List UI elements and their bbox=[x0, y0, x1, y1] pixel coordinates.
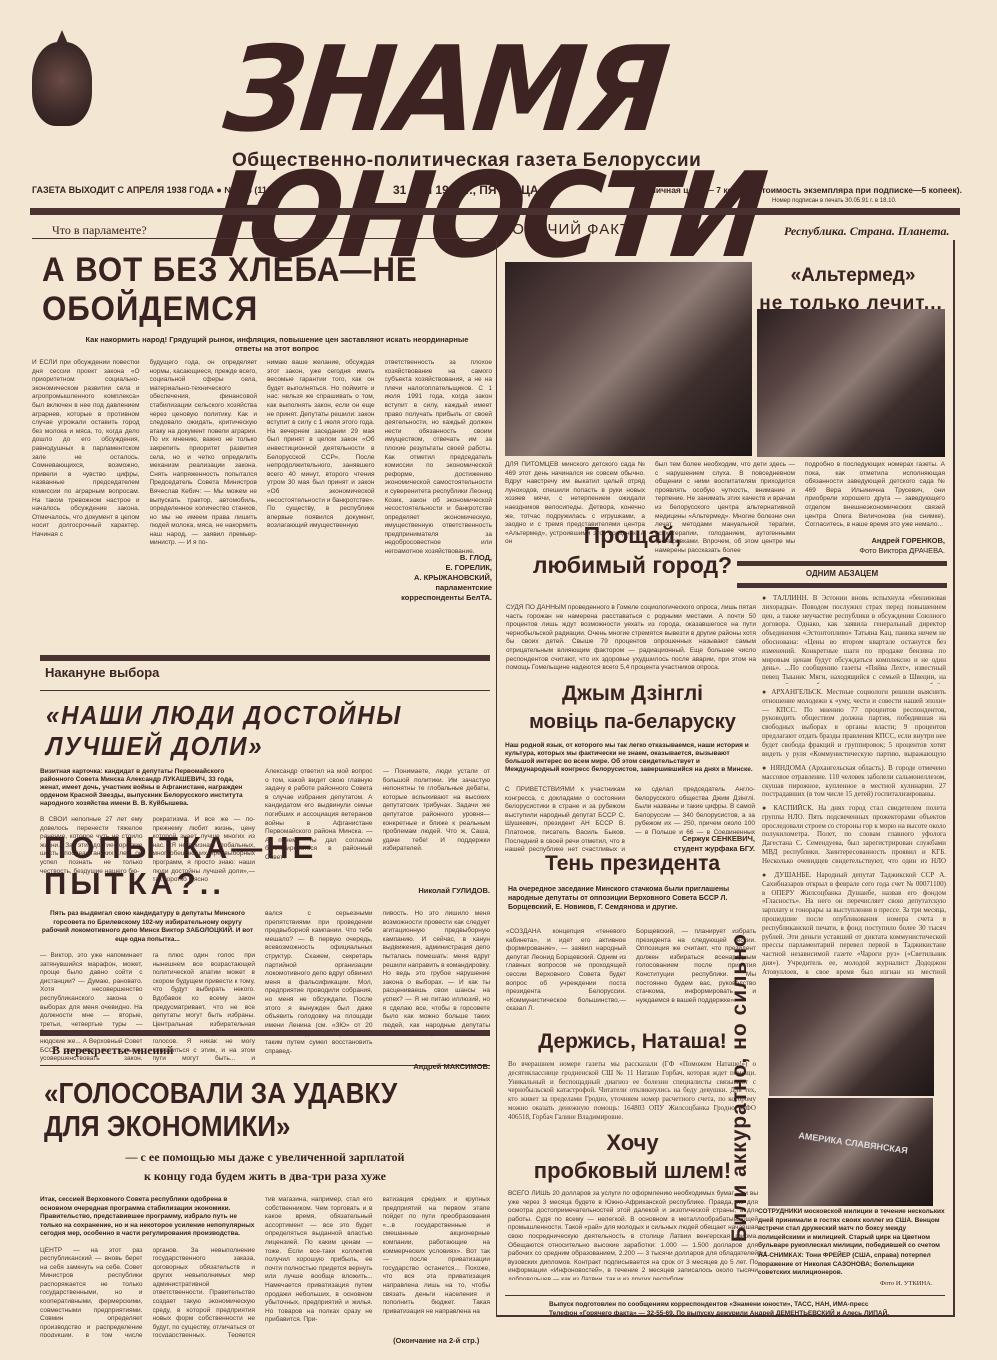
column: «СОЗДАНА концепция «теневого кабинета», … bbox=[506, 928, 626, 1020]
bullet-icon: ● bbox=[762, 804, 773, 812]
column: органов. За невыполнение государственног… bbox=[153, 1247, 256, 1337]
jim-body: С ПРИВЕТСТВИЯМИ к участникам конгресса, … bbox=[505, 786, 755, 854]
byline-line: А. КРЫЖАНОВСКИЙ, bbox=[385, 573, 493, 583]
rubric-republic: Республика. Страна. Планета. bbox=[784, 224, 950, 239]
gomel-body: СУДЯ ПО ДАННЫМ проведенного в Гомеле соц… bbox=[506, 604, 756, 679]
gomel-headline-1: Прощай, bbox=[505, 522, 760, 549]
byline-line: В. ГЛОД, bbox=[385, 553, 493, 563]
economy-body: Итак, сессией Верховного Совета республи… bbox=[40, 1196, 490, 1346]
newspaper-subtitle: Общественно-политическая газета Белорусс… bbox=[232, 150, 701, 172]
bullet-icon: ● bbox=[762, 688, 771, 696]
rubric-parliament: Что в парламенте? bbox=[52, 223, 147, 238]
attempt-body: Пять раз выдвигал свою кандидатуру в деп… bbox=[40, 910, 490, 1062]
helmet-headline-1: Хочу bbox=[505, 1130, 760, 1156]
jim-headline-1: Джым Дзінглі bbox=[505, 682, 760, 706]
section-rule bbox=[40, 655, 490, 661]
byline-line: Сержук СЕНКЕВИЧ, bbox=[635, 834, 755, 844]
rule bbox=[737, 561, 947, 566]
section-rule bbox=[40, 1030, 490, 1036]
rubric-one-paragraph: ОДНИМ АБЗАЦЕМ bbox=[737, 569, 947, 578]
news-item-nyandoma: ● НЯНДОМА (Архангельская область). В гор… bbox=[762, 764, 946, 800]
photo-children-toys bbox=[757, 309, 945, 457]
rule bbox=[737, 583, 947, 588]
news-text: КАСПИЙСК. На днях город стал свидетелем … bbox=[762, 804, 946, 867]
divider bbox=[32, 238, 492, 239]
column-text: ке сделал председатель Англо-белорусског… bbox=[635, 786, 755, 834]
article-economy: «ГОЛОСОВАЛИ ЗА УДАВКУ ДЛЯ ЭКОНОМИКИ» — с… bbox=[40, 1078, 490, 1346]
footer-line: Телефон «Горячего факта» — 32-55-69. По … bbox=[549, 1309, 949, 1318]
helmet-headline-2: пробковый шлем! bbox=[505, 1158, 760, 1184]
news-item-kaspiysk: ● КАСПИЙСК. На днях город стал свидетеле… bbox=[762, 804, 946, 867]
byline-line: парламентские bbox=[385, 583, 493, 593]
column: подробно в последующих номерах газеты. А… bbox=[805, 461, 945, 556]
rubric-elections: Накануне выбора bbox=[45, 665, 159, 680]
headline: «ГОЛОСОВАЛИ ЗА УДАВКУ ДЛЯ ЭКОНОМИКИ» bbox=[44, 1078, 445, 1144]
lead: Итак, сессией Верховного Совета республи… bbox=[40, 1196, 255, 1239]
retail-price: Розничная цена — 7 копеек (стоимость экз… bbox=[636, 185, 962, 195]
column: С ПРИВЕТСТВИЯМИ к участникам конгресса, … bbox=[505, 786, 625, 854]
attempt-left: Пять раз выдвигал свою кандидатуру в деп… bbox=[40, 910, 255, 1062]
divider bbox=[505, 1295, 945, 1296]
column-text: ответственность за плохое хозяйствование… bbox=[385, 359, 493, 553]
shadow-body: «СОЗДАНА концепция «теневого кабинета», … bbox=[506, 928, 756, 1020]
altermed-headline-1: «Альтермед» bbox=[758, 265, 948, 287]
economy-left: Итак, сессией Верховного Совета республи… bbox=[40, 1196, 255, 1346]
divider bbox=[40, 1065, 490, 1066]
bullet-icon: ● bbox=[762, 871, 774, 879]
column: нимаю ваше желание, обсуждая этот закон,… bbox=[267, 359, 375, 603]
boxing-caption-2: НА СНИМКАХ: Тони ФРЕЙЕР (США, справа) по… bbox=[758, 1252, 946, 1278]
shadow-headline: Тень президента bbox=[505, 852, 760, 876]
byline: Андрей ГОРЕНКОВ, Фото Виктора ДРАЧЕВА. bbox=[805, 536, 945, 556]
issue-number: № 104 (11628) bbox=[224, 185, 285, 195]
byline-line: Фото Виктора ДРАЧЕВА. bbox=[805, 546, 945, 556]
one-paragraph-list: ● ТАЛЛИНН. В Эстонии вновь вспыхнула «бе… bbox=[762, 594, 946, 979]
column-text: подробно в последующих номерах газеты. А… bbox=[805, 461, 945, 536]
hot-fact-footer: Выпуск подготовлен по сообщениям корресп… bbox=[549, 1300, 949, 1318]
footer-line: Выпуск подготовлен по сообщениям корресп… bbox=[549, 1300, 949, 1309]
bullet-icon: ● bbox=[216, 185, 221, 195]
column: тив магазина, например, стал его собстве… bbox=[265, 1196, 373, 1346]
issue-date: 31 мая 1991 г., ПЯТНИЦА bbox=[393, 183, 539, 197]
byline-line: корреспонденты БелТА. bbox=[385, 593, 493, 603]
lead: Визитная карточка: кандидат в депутаты П… bbox=[40, 768, 255, 808]
subhead-2: к концу года будем жить в два-три раза х… bbox=[40, 1169, 490, 1184]
banner-text: АМЕРИКА СЛАВЯНСКАЯ bbox=[798, 1130, 909, 1155]
byline-line: Е. ГОРЕЛИК, bbox=[385, 563, 493, 573]
byline: В. ГЛОД, Е. ГОРЕЛИК, А. КРЫЖАНОВСКИЙ, па… bbox=[385, 553, 493, 603]
column: будущего года, он определяет нормы, каса… bbox=[150, 359, 258, 603]
column: И ЕСЛИ при обсуждении повестки дня сесси… bbox=[32, 359, 140, 603]
article-bread: А ВОТ БЕЗ ХЛЕБА—НЕ ОБОЙДЕМСЯ Как накорми… bbox=[32, 238, 492, 603]
gomel-headline-2: любимый город? bbox=[505, 552, 760, 579]
byline: Сержук СЕНКЕВИЧ, студент журфака БГУ. bbox=[635, 834, 755, 854]
helmet-body: ВСЕГО ЛИШЬ 20 долларов за услуги по офор… bbox=[508, 1190, 758, 1280]
photo-credit: Фото И. УТКИНА. bbox=[880, 1280, 933, 1287]
column: ЦЕНТР — на этот раз республиканский — вн… bbox=[40, 1247, 143, 1337]
jim-headline-2: мовіць па-беларуску bbox=[505, 711, 760, 734]
lead: Как накормить народ! Грядущий рынок, инф… bbox=[82, 335, 472, 353]
lead: Пять раз выдвигал свою кандидатуру в деп… bbox=[40, 910, 255, 944]
boxing-vertical-headline: Били аккуратно, но сильно bbox=[728, 933, 752, 1242]
news-text: ДУШАНБЕ. Народный депутат Таджикской ССР… bbox=[762, 871, 946, 979]
column: вался с серьезными препятствиями при про… bbox=[265, 910, 373, 1060]
body-columns: И ЕСЛИ при обсуждении повестки дня сесси… bbox=[32, 359, 492, 603]
news-text: ТАЛЛИНН. В Эстонии вновь вспыхнула «бенз… bbox=[762, 594, 946, 684]
column-text: ватизация средних и крупных предприятий … bbox=[383, 1196, 491, 1336]
shadow-lead: На очередное заседание Минского стачкома… bbox=[508, 885, 758, 912]
photo-boxing bbox=[769, 978, 934, 1096]
column: ке сделал председатель Англо-белорусског… bbox=[635, 786, 755, 854]
natasha-body: Во вчерашнем номере газеты мы рассказали… bbox=[508, 1060, 756, 1130]
rubric-hot-fact: ГОРЯЧИЙ ФАКТ bbox=[504, 221, 630, 238]
news-text: НЯНДОМА (Архангельская область). В город… bbox=[762, 764, 946, 798]
news-item-tallinn: ● ТАЛЛИНН. В Эстонии вновь вспыхнула «бе… bbox=[762, 594, 946, 684]
news-item-arkhangelsk: ● АРХАНГЕЛЬСК. Местные социологи решили … bbox=[762, 688, 946, 760]
since-text: ГАЗЕТА ВЫХОДИТ С АПРЕЛЯ 1938 ГОДА bbox=[32, 185, 214, 195]
natasha-headline: Держись, Наташа! bbox=[505, 1030, 760, 1054]
headline: «НАШИ ЛЮДИ ДОСТОЙНЫ ЛУЧШЕЙ ДОЛИ» bbox=[46, 700, 454, 762]
headline: А ВОТ БЕЗ ХЛЕБА—НЕ ОБОЙДЕМСЯ bbox=[42, 251, 456, 329]
body-columns: ЦЕНТР — на этот раз республиканский — вн… bbox=[40, 1247, 255, 1337]
photo-kindergarten bbox=[505, 262, 752, 456]
column: ливость. Но это лишило меня возможности … bbox=[383, 910, 491, 1050]
masthead-rule bbox=[30, 208, 960, 215]
newspaper-title: ЗНАМЯ ЮНОСТИ bbox=[219, 27, 932, 153]
byline: Андрей МАКСИМОВ. bbox=[40, 1062, 490, 1072]
headline: ПОПЫТКА—НЕ ПЫТКА?.. bbox=[44, 830, 490, 902]
column: ответственность за плохое хозяйствование… bbox=[385, 359, 493, 603]
byline-line: Андрей ГОРЕНКОВ, bbox=[805, 536, 945, 546]
newspaper-emblem-icon bbox=[32, 42, 92, 126]
masthead-since: ГАЗЕТА ВЫХОДИТ С АПРЕЛЯ 1938 ГОДА ● № 10… bbox=[32, 185, 285, 195]
rubric-opinions: В перекрестье мнений bbox=[52, 1043, 173, 1058]
photo-fans-banner: АМЕРИКА СЛАВЯНСКАЯ bbox=[768, 1098, 933, 1206]
news-text: АРХАНГЕЛЬСК. Местные социологи решили вы… bbox=[762, 688, 946, 760]
continued-note: (Окончание на 2-й стр.) bbox=[383, 1336, 491, 1346]
bullet-icon: ● bbox=[762, 594, 773, 602]
column: ватизация средних и крупных предприятий … bbox=[383, 1196, 491, 1346]
divider bbox=[40, 690, 490, 691]
signed-to-print: Номер подписан в печать 30.05.91 г. в 18… bbox=[772, 198, 896, 204]
news-item-dushanbe: ● ДУШАНБЕ. Народный депутат Таджикской С… bbox=[762, 871, 946, 979]
jim-lead: Наш родной язык, от которого мы так легк… bbox=[505, 742, 755, 774]
subhead-1: — с ее помощью мы даже с увеличенной зар… bbox=[40, 1150, 490, 1165]
